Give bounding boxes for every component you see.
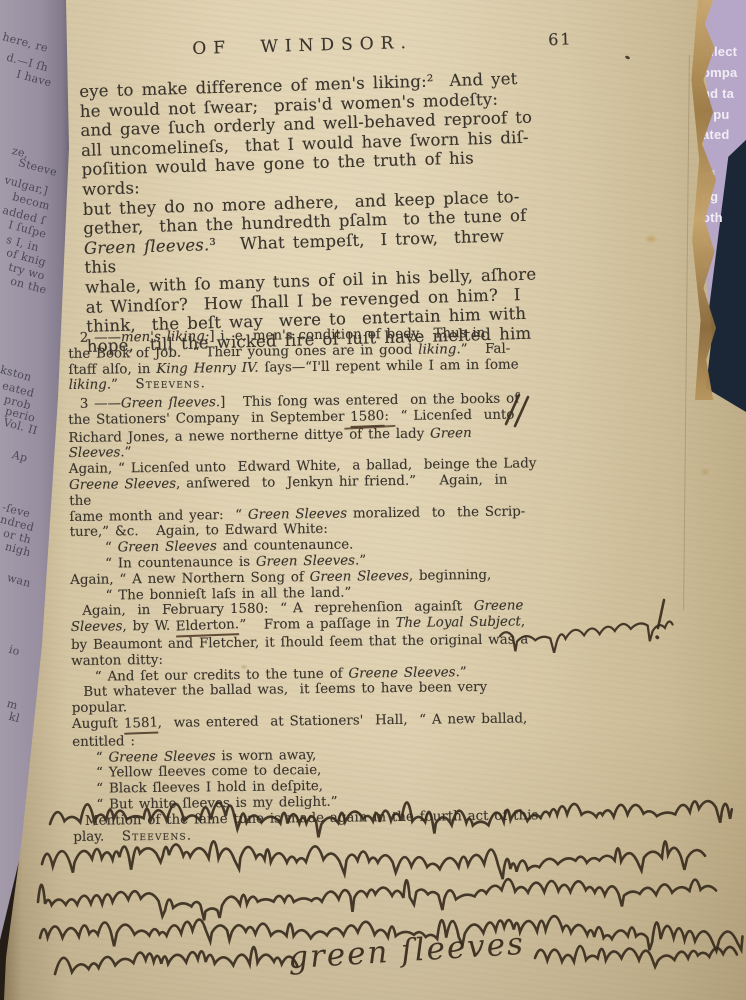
- book-photo: here, red.—I ſhI haveze,Steevevulgar,]be…: [0, 0, 746, 1000]
- text-fragment: Steeve: [17, 156, 59, 179]
- text-fragment: io: [8, 643, 22, 658]
- text-fragment: wan: [6, 571, 33, 590]
- text-fragment: Ap: [11, 448, 29, 465]
- footnote-2: 2 ——men's liking:] i. e. men's condition…: [68, 325, 531, 394]
- play-text: eye to make difference of men's liking:²…: [79, 69, 539, 357]
- text-fragment: I have: [15, 68, 53, 90]
- text-fragment: kl: [8, 710, 22, 725]
- footnote-3: 3 ——Green ſleeves.] This ſong was entere…: [68, 391, 541, 845]
- foxing-spot: [644, 234, 658, 244]
- foxing-spot: [700, 468, 710, 476]
- page-number: 61: [548, 29, 573, 49]
